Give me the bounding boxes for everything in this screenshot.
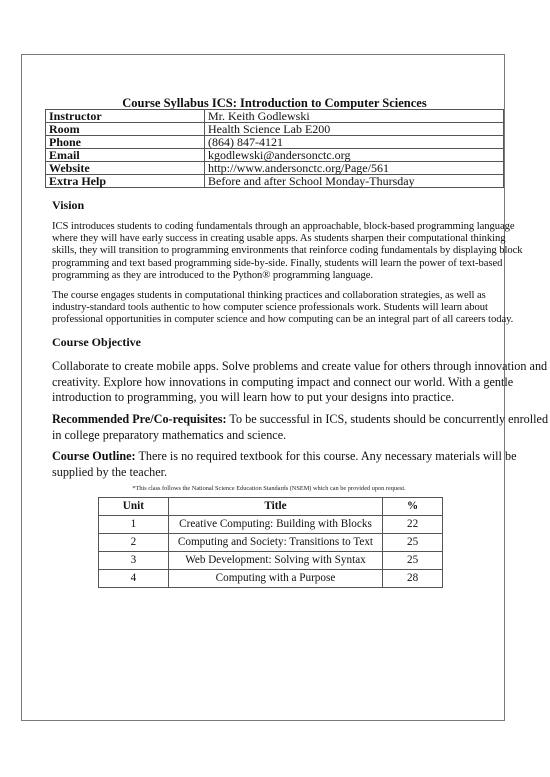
info-row-extra-help: Extra Help Before and after School Monda… xyxy=(46,175,504,188)
info-row-website: Website http://www.andersonctc.org/Page/… xyxy=(46,162,504,175)
unit-number: 4 xyxy=(99,570,169,588)
vision-paragraph-1: ICS introduces students to coding fundam… xyxy=(52,221,500,282)
text-line: introduction to programming, you will le… xyxy=(52,390,504,406)
info-value: Mr. Keith Godlewski xyxy=(205,110,504,123)
vision-heading: Vision xyxy=(52,198,84,212)
info-label: Phone xyxy=(46,136,205,149)
prerequisites-paragraph: Recommended Pre/Co-requisites: To be suc… xyxy=(52,412,504,443)
course-outline-text: There is no required textbook for this c… xyxy=(136,449,517,463)
unit-percent: 28 xyxy=(383,570,443,588)
course-units-table: Unit Title % 1 Creative Computing: Build… xyxy=(98,497,443,588)
course-outline-label: Course Outline: xyxy=(52,449,136,463)
course-objective-paragraph: Collaborate to create mobile apps. Solve… xyxy=(52,359,504,406)
info-label: Website xyxy=(46,162,205,175)
info-label: Instructor xyxy=(46,110,205,123)
text-line: skills, they will transition to programm… xyxy=(52,245,500,257)
unit-title: Computing and Society: Transitions to Te… xyxy=(168,534,383,552)
prerequisites-text: To be successful in ICS, students should… xyxy=(227,412,549,426)
info-row-instructor: Instructor Mr. Keith Godlewski xyxy=(46,110,504,123)
vision-paragraph-2: The course engages students in computati… xyxy=(52,290,500,327)
unit-percent: 22 xyxy=(383,516,443,534)
info-value-email[interactable]: kgodlewski@andersonctc.org xyxy=(205,149,504,162)
unit-title: Creative Computing: Building with Blocks xyxy=(168,516,383,534)
text-line: industry-standard tools authentic to how… xyxy=(52,302,500,314)
course-outline-paragraph: Course Outline: There is no required tex… xyxy=(52,449,504,480)
info-label: Extra Help xyxy=(46,175,205,188)
text-line: in college preparatory mathematics and s… xyxy=(52,428,504,444)
unit-number: 1 xyxy=(99,516,169,534)
table-row: 2 Computing and Society: Transitions to … xyxy=(99,534,443,552)
course-objective-heading: Course Objective xyxy=(52,335,141,349)
text-line: supplied by the teacher. xyxy=(52,465,504,481)
text-line: where they will have early success in cr… xyxy=(52,233,500,245)
unit-percent: 25 xyxy=(383,552,443,570)
table-row: 3 Web Development: Solving with Syntax 2… xyxy=(99,552,443,570)
text-line: ICS introduces students to coding fundam… xyxy=(52,221,500,233)
unit-title: Web Development: Solving with Syntax xyxy=(168,552,383,570)
units-header-row: Unit Title % xyxy=(99,498,443,516)
unit-number: 2 xyxy=(99,534,169,552)
standards-footnote: *This class follows the National Science… xyxy=(93,484,445,493)
unit-title: Computing with a Purpose xyxy=(168,570,383,588)
info-label: Email xyxy=(46,149,205,162)
text-line: professional opportunities in computer s… xyxy=(52,314,500,326)
info-label: Room xyxy=(46,123,205,136)
unit-percent: 25 xyxy=(383,534,443,552)
info-row-phone: Phone (864) 847-4121 xyxy=(46,136,504,149)
info-row-email: Email kgodlewski@andersonctc.org xyxy=(46,149,504,162)
document-title: Course Syllabus ICS: Introduction to Com… xyxy=(45,96,504,110)
table-row: 4 Computing with a Purpose 28 xyxy=(99,570,443,588)
info-value: Health Science Lab E200 xyxy=(205,123,504,136)
text-line: The course engages students in computati… xyxy=(52,290,500,302)
column-header-percent: % xyxy=(383,498,443,516)
text-line: programming as they are introduced to th… xyxy=(52,270,500,282)
info-value-website-link[interactable]: http://www.andersonctc.org/Page/561 xyxy=(205,162,504,175)
info-value: (864) 847-4121 xyxy=(205,136,504,149)
info-value: Before and after School Monday-Thursday xyxy=(205,175,504,188)
unit-number: 3 xyxy=(99,552,169,570)
table-row: 1 Creative Computing: Building with Bloc… xyxy=(99,516,443,534)
text-line: Course Outline: There is no required tex… xyxy=(52,449,504,465)
text-line: programming and text based programming s… xyxy=(52,258,500,270)
text-line: Recommended Pre/Co-requisites: To be suc… xyxy=(52,412,504,428)
text-line: creativity. Explore how innovations in c… xyxy=(52,375,504,391)
info-row-room: Room Health Science Lab E200 xyxy=(46,123,504,136)
text-line: Collaborate to create mobile apps. Solve… xyxy=(52,359,504,375)
column-header-unit: Unit xyxy=(99,498,169,516)
prerequisites-label: Recommended Pre/Co-requisites: xyxy=(52,412,227,426)
course-info-table: Instructor Mr. Keith Godlewski Room Heal… xyxy=(45,109,504,188)
column-header-title: Title xyxy=(168,498,383,516)
